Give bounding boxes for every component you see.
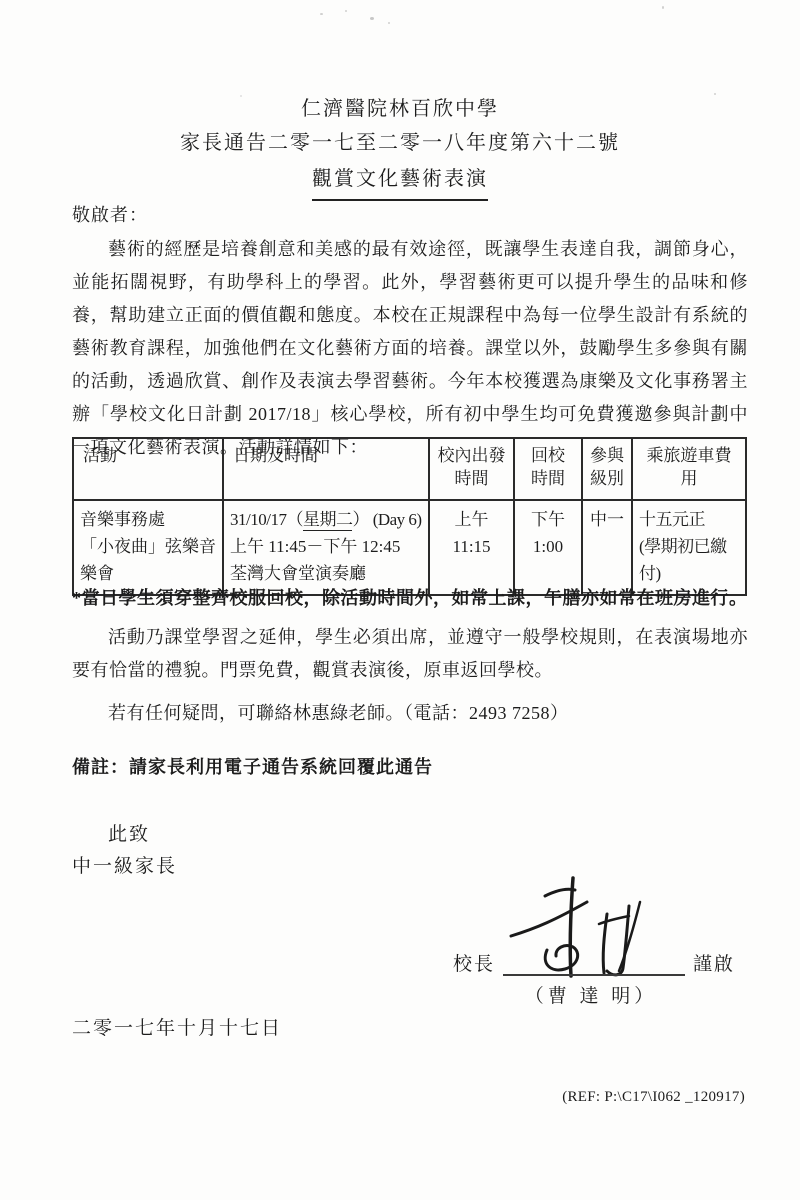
event-date-line: 31/10/17（星期二） (Day 6) (230, 506, 422, 533)
scan-artifact (388, 22, 390, 24)
cell-departure-time: 上午 11:15 (429, 500, 514, 595)
scanned-parent-notice: 仁濟醫院林百欣中學 家長通告二零一七至二零一八年度第六十二號 觀賞文化藝術表演 … (0, 0, 800, 1200)
weekday-underlined: 星期二 (303, 510, 353, 531)
closing-recipient: 中一級家長 (72, 851, 177, 878)
issue-date: 二零一七年十月十七日 (72, 1013, 282, 1040)
fee-amount: 十五元正 (639, 506, 739, 533)
col-header-level: 參與 級別 (582, 438, 632, 500)
respectfully-label: 謹啟 (693, 954, 735, 975)
principal-signature-row: 校長謹啟 (453, 949, 735, 976)
scan-artifact (662, 6, 664, 9)
document-header: 仁濟醫院林百欣中學 家長通告二零一七至二零一八年度第六十二號 觀賞文化藝術表演 (0, 92, 800, 201)
table-data-row: 音樂事務處 「小夜曲」弦樂音 樂會 31/10/17（星期二） (Day 6) … (73, 500, 746, 595)
table-header-row: 活動 日期及時間 校內出發 時間 回校 時間 參與 級別 乘旅遊車費用 (73, 438, 746, 500)
event-venue-line: 荃灣大會堂演奏廳 (230, 560, 422, 587)
cell-level: 中一 (582, 500, 632, 595)
col-header-departure-time: 校內出發 時間 (429, 438, 514, 500)
signature-line (503, 957, 685, 976)
principal-name: （曹 達 明） (491, 981, 691, 1008)
col-header-return-time: 回校 時間 (514, 438, 582, 500)
scan-artifact (320, 13, 323, 15)
col-header-date-time: 日期及時間 (223, 438, 429, 500)
event-time-line: 上午 11:45－下午 12:45 (230, 533, 422, 560)
scan-artifact (370, 17, 374, 20)
cell-return-time: 下午 1:00 (514, 500, 582, 595)
reference-number: (REF: P:\C17\I062 _120917) (562, 1089, 745, 1106)
cell-fee: 十五元正 (學期初已繳付) (632, 500, 746, 595)
fee-note: (學期初已繳付) (639, 533, 739, 587)
principal-label: 校長 (453, 954, 495, 975)
paragraph-contact: 若有任何疑問，可聯絡林惠綠老師。（電話：2493 7258） (72, 697, 748, 730)
salutation: 敬啟者： (72, 201, 148, 227)
e-notice-remark: 備註：請家長利用電子通告系統回覆此通告 (72, 753, 433, 779)
school-name: 仁濟醫院林百欣中學 (0, 92, 800, 126)
closing-to-label: 此致 (108, 819, 150, 846)
scan-artifact (345, 10, 347, 12)
uniform-reminder-note: *當日學生須穿整齊校服回校，除活動時間外，如常上課，午膳亦如常在班房進行。 (72, 584, 762, 610)
paragraph-rules: 活動乃課堂學習之延伸，學生必須出席，並遵守一般學校規則，在表演場地亦要有恰當的禮… (72, 621, 748, 687)
paragraph-introduction: 藝術的經歷是培養創意和美感的最有效途徑，既讓學生表達自我，調節身心，並能拓闊視野… (72, 233, 748, 464)
col-header-activity: 活動 (73, 438, 223, 500)
col-header-coach-fee: 乘旅遊車費用 (632, 438, 746, 500)
notice-title: 觀賞文化藝術表演 (312, 162, 488, 201)
activity-details-table: 活動 日期及時間 校內出發 時間 回校 時間 參與 級別 乘旅遊車費用 音樂事務… (72, 437, 747, 596)
cell-activity: 音樂事務處 「小夜曲」弦樂音 樂會 (73, 500, 223, 595)
cell-date-time: 31/10/17（星期二） (Day 6) 上午 11:45－下午 12:45 … (223, 500, 429, 595)
notice-number: 家長通告二零一七至二零一八年度第六十二號 (0, 126, 800, 160)
